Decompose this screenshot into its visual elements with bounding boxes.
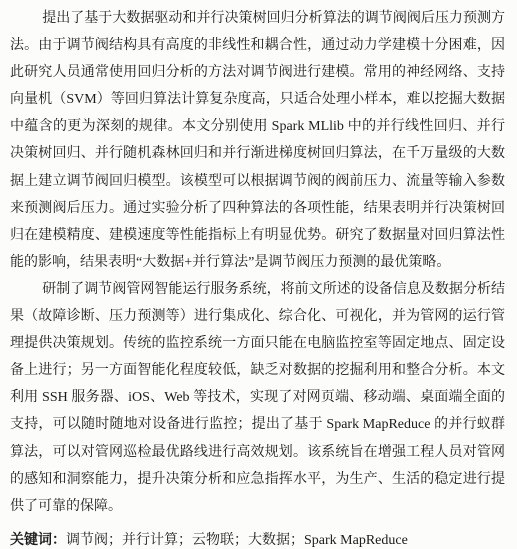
abstract-paragraph-2: 研制了调节阀管网智能运行服务系统，将前文所述的设备信息及数据分析结果（故障诊断、… [10, 276, 505, 520]
keywords-label: 关键词： [10, 533, 66, 548]
abstract-page: 提出了基于大数据驱动和并行决策树回归分析算法的调节阀阀后压力预测方法。由于调节阀… [0, 0, 517, 549]
abstract-paragraph-1: 提出了基于大数据驱动和并行决策树回归分析算法的调节阀阀后压力预测方法。由于调节阀… [10, 5, 505, 276]
keywords-line: 关键词：调节阀；并行计算；云物联；大数据；Spark MapReduce [10, 528, 505, 549]
keywords-text: 调节阀；并行计算；云物联；大数据；Spark MapReduce [66, 533, 408, 548]
